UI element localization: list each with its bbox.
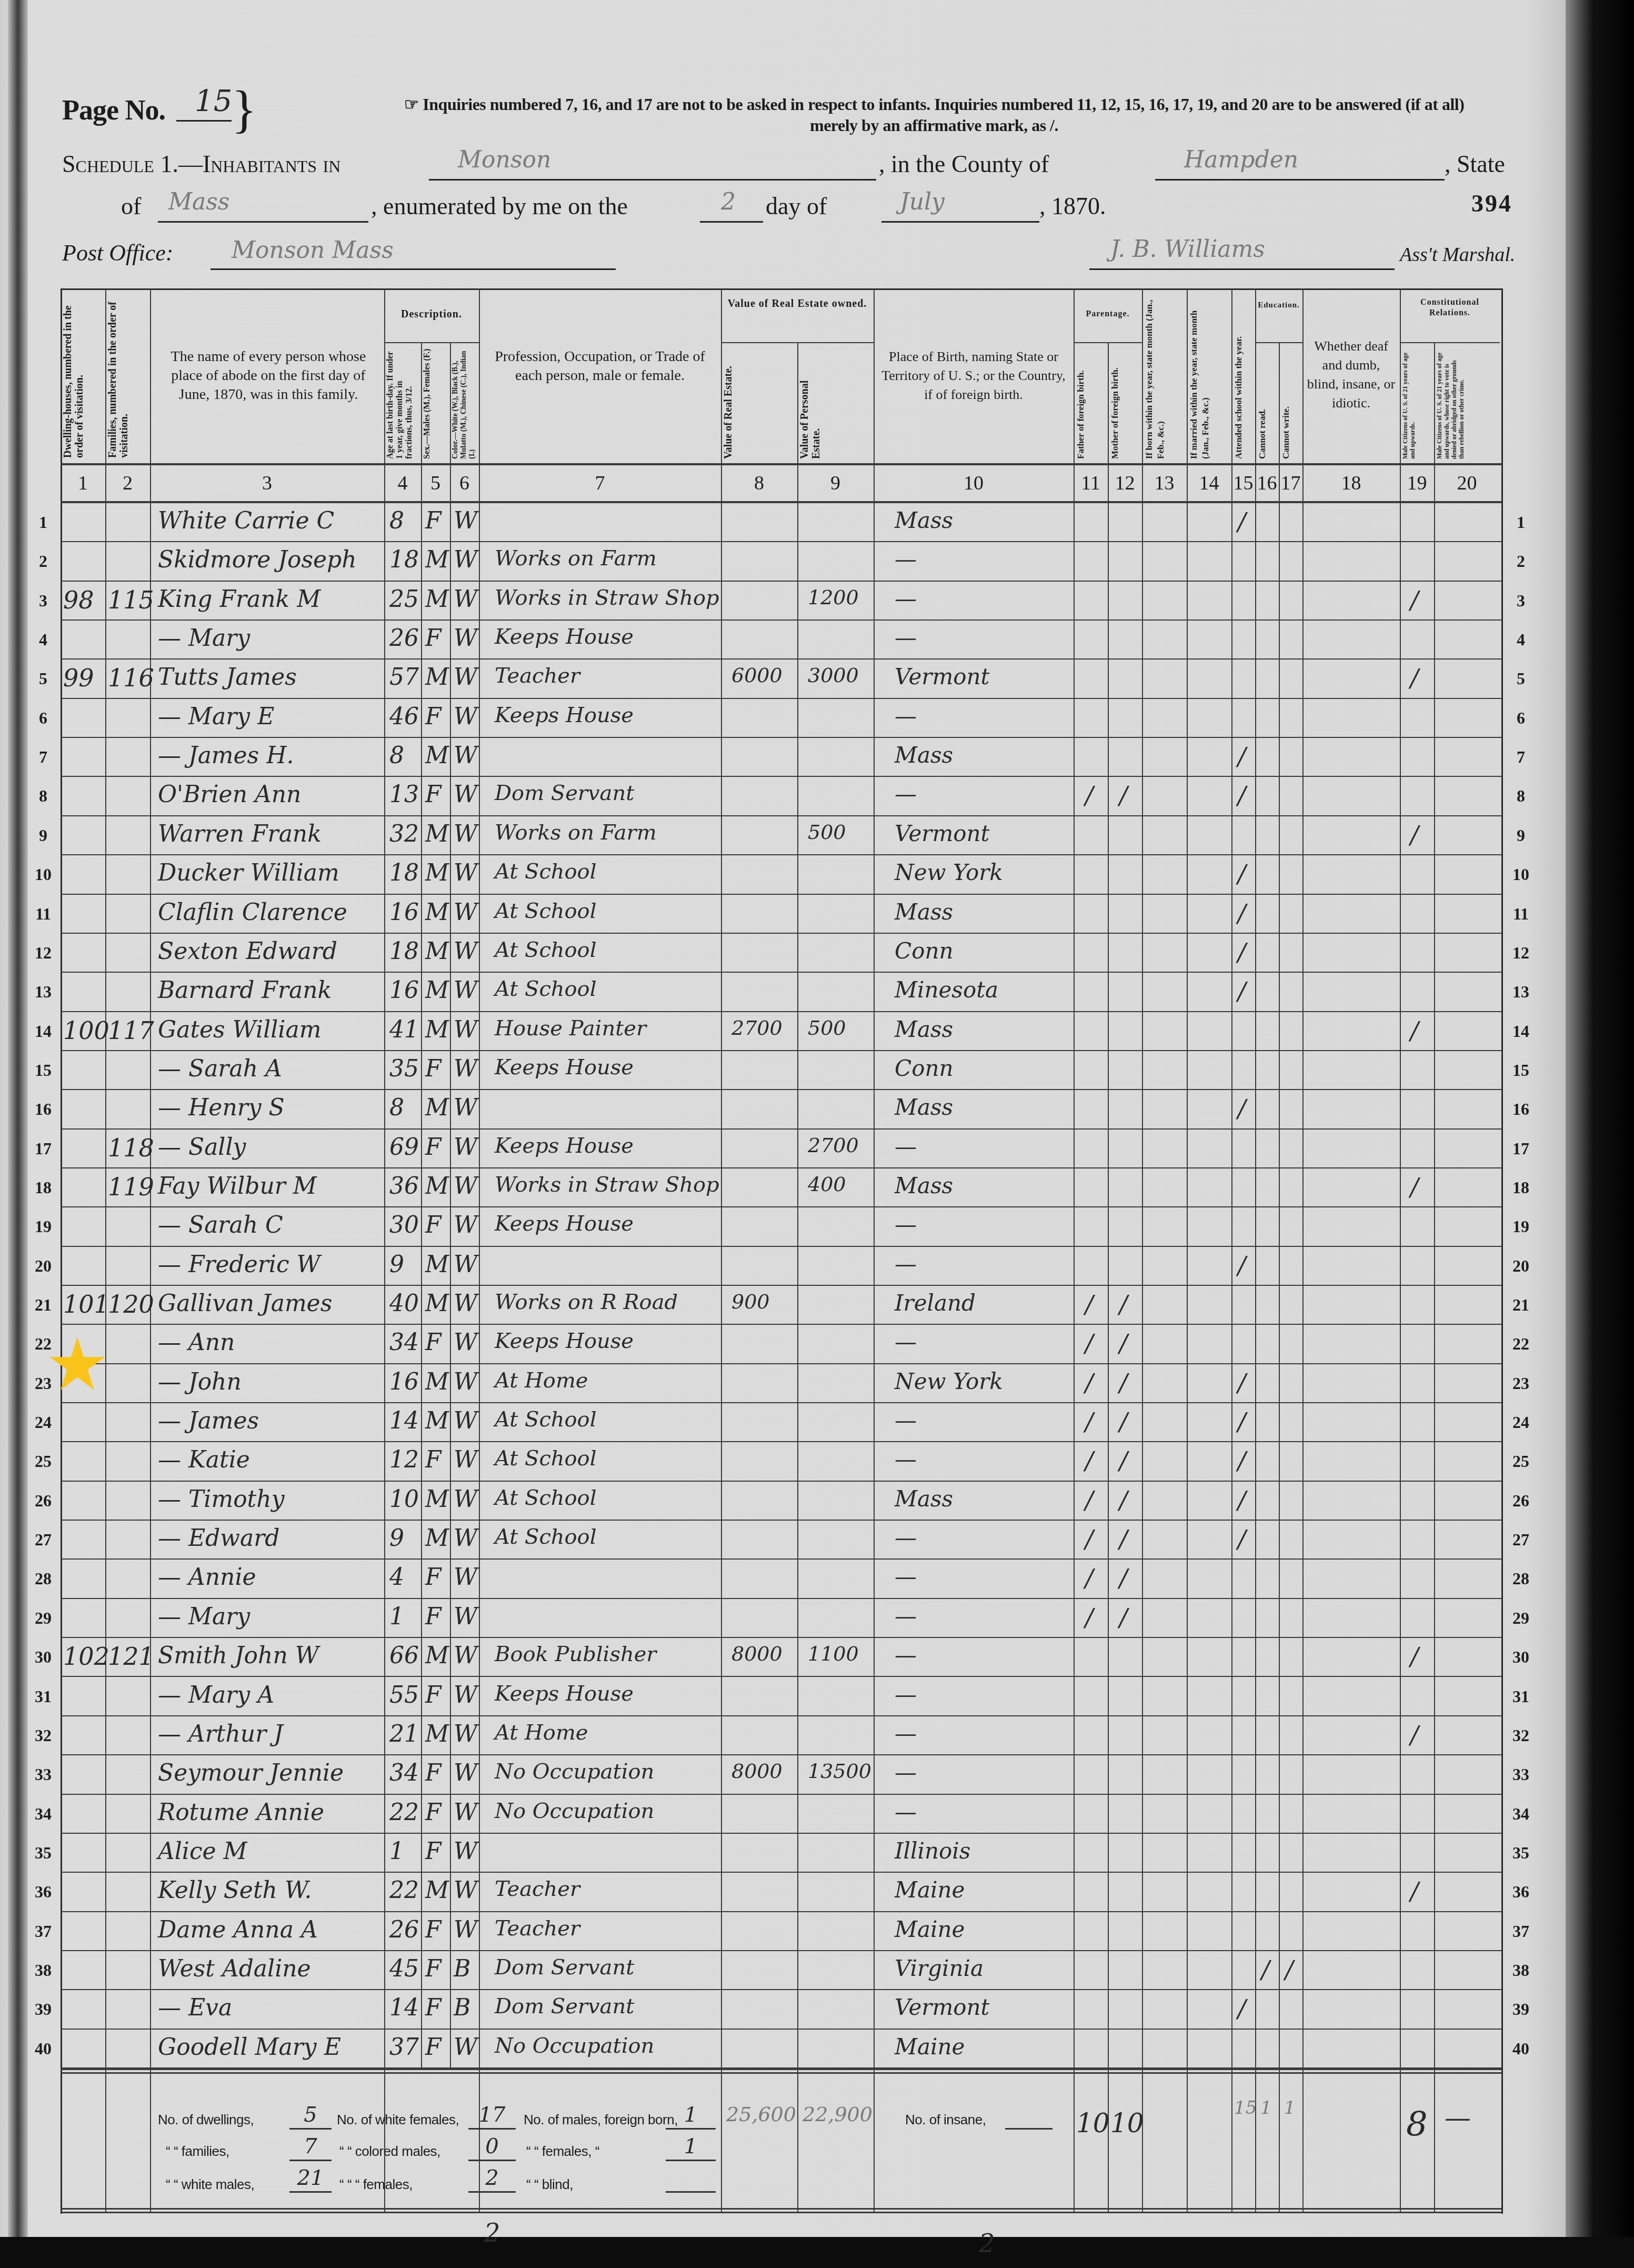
females-foreign-label: “ “ females, “ [526,2143,599,2160]
family-number: 115 [108,586,154,614]
sex: F [425,1994,442,2021]
line-number-right: 5 [1505,669,1537,688]
row-rule [61,1246,1501,1247]
sex: M [425,1407,449,1434]
person-name: Sexton Edward [158,938,337,965]
row-rule [61,1285,1501,1286]
sex: M [425,1251,449,1278]
mother-foreign-mark: / [1119,1564,1128,1592]
females-foreign-value: 1 [666,2134,716,2161]
birthplace: Conn [895,1055,954,1081]
school-mark: / [1238,507,1246,536]
footer-mark-right: 2 [979,2229,995,2259]
age: 8 [389,1094,404,1121]
line-number-right: 17 [1505,1139,1537,1158]
cannot-write-mark: / [1285,1955,1294,1984]
color: W [454,1682,477,1709]
birthplace: Maine [895,2034,965,2060]
column-number: 8 [721,472,797,495]
blind-label: “ “ blind, [526,2176,573,2193]
line-number-left: 28 [27,1569,59,1588]
row-rule [61,581,1501,582]
birthplace: — [895,1212,917,1237]
occupation: At School [495,899,597,923]
line-number-right: 30 [1505,1647,1537,1667]
color: W [454,1486,477,1513]
occupation: Dom Servant [495,1994,634,2019]
occupation: At School [495,977,597,1001]
page-number-label: Page No. [62,94,165,126]
person-name: Gates William [158,1016,321,1043]
birthplace: Vermont [895,1994,989,2020]
mother-foreign-mark: / [1119,781,1128,810]
sheet-number: 394 [1471,189,1512,217]
occupation: At Home [495,1721,588,1745]
mother-foreign-mark: / [1119,1407,1128,1436]
col-2-header: Families, numbered in the order of visit… [107,295,149,458]
line-number-right: 6 [1505,708,1537,728]
row-rule [61,737,1501,738]
colored-females-value: 2 [468,2166,516,2193]
birthplace: — [895,1525,917,1551]
birthplace: — [895,703,917,729]
occupation: Works in Straw Shop [495,586,719,610]
column-number: 4 [384,472,421,495]
white-males-value: 21 [289,2166,332,2193]
line-number-right: 29 [1505,1608,1537,1628]
sex: M [425,586,449,613]
footer-mark-left: 2 [484,2219,500,2248]
color: W [454,625,477,652]
occupation: At School [495,1486,597,1510]
marshal-signature: J. B. Williams [1110,236,1265,263]
person-name: Fay Wilbur M [158,1173,317,1200]
citizens-total: 8 [1406,2105,1428,2144]
header-rule [61,463,1501,465]
person-name: — Mary [158,625,250,652]
birthplace: Maine [895,1916,965,1942]
color: W [454,977,477,1004]
line-number-left: 14 [27,1022,59,1041]
age: 36 [389,1173,419,1200]
blind-value [666,2166,716,2193]
person-name: Barnard Frank [158,977,332,1004]
age: 16 [389,899,419,926]
color: W [454,860,477,886]
color: B [454,1955,470,1982]
constitutional-group-header: Constitutional Relations. [1400,297,1500,318]
row-rule [61,1206,1501,1207]
line-number-left: 13 [27,982,59,1002]
father-foreign-total: 10 [1076,2108,1110,2139]
birthplace: — [895,546,917,572]
family-number: 121 [108,1642,154,1671]
line-number-left: 17 [27,1139,59,1158]
col-divider [1187,288,1188,2212]
age: 34 [389,1760,419,1786]
person-name: — Sally [158,1134,246,1161]
insane-label: No. of insane, [905,2112,986,2128]
col-divider [1108,343,1109,2212]
personal-estate-value: 1100 [808,1642,859,1665]
page-number-underline [176,94,232,122]
col-9-header: Value of Personal Estate. [799,347,873,459]
col-20-header: Male Citizens of U. S. of 21 years of ag… [1436,347,1499,459]
school-mark: / [1238,1994,1246,2023]
age: 9 [389,1525,404,1552]
age: 66 [389,1642,419,1669]
sex: F [425,1760,442,1786]
row-rule [61,1598,1501,1599]
col-18-header: Whether deaf and dumb, blind, insane, or… [1305,337,1397,413]
age: 34 [389,1329,419,1356]
age: 18 [389,546,419,573]
age: 35 [389,1055,419,1082]
line-number-right: 14 [1505,1022,1537,1041]
sex: M [425,1094,449,1121]
line-number-right: 8 [1505,786,1537,806]
row-rule [61,620,1501,621]
row-rule [61,933,1501,934]
col-8-header: Value of Real Estate. [723,347,796,459]
row-rule [61,894,1501,895]
occupation: Keeps House [495,703,634,727]
real-estate-group-header: Value of Real Estate owned. [721,297,874,310]
col-19-header: Male Citizens of U. S. of 21 years of ag… [1401,347,1433,459]
line-number-right: 15 [1505,1061,1537,1080]
column-number: 15 [1231,472,1255,495]
age: 9 [389,1251,404,1278]
line-number-left: 18 [27,1178,59,1197]
person-name: — Mary [158,1603,250,1630]
birthplace: — [895,1251,917,1277]
school-mark: / [1238,977,1246,1005]
age: 14 [389,1994,419,2021]
line-number-right: 4 [1505,630,1537,650]
males-foreign-value: 1 [666,2103,716,2130]
line-number-right: 19 [1505,1217,1537,1236]
birthplace: Illinois [895,1838,970,1864]
instructions-line-1: ☞ Inquiries numbered 7, 16, and 17 are n… [342,94,1526,115]
dwelling-number: 98 [63,586,94,614]
col-divider [1142,288,1143,2212]
age: 21 [389,1721,419,1747]
occupation: House Painter [495,1016,646,1041]
occupation: No Occupation [495,1760,654,1784]
occupation: No Occupation [495,2034,654,2058]
row-rule [61,658,1501,660]
color: W [454,507,477,534]
citizen-mark: / [1410,1642,1419,1671]
color: W [454,1721,477,1747]
real-estate-value: 8000 [731,1642,783,1665]
col-divider [1231,288,1232,2212]
brace-glyph: } [232,79,257,139]
occupation: At Home [495,1368,588,1393]
line-number-right: 37 [1505,1922,1537,1941]
column-number: 12 [1108,472,1142,495]
line-number-right: 39 [1505,2000,1537,2019]
col-13-header: If born within the year, state month (Ja… [1144,295,1186,459]
line-number-right: 38 [1505,1961,1537,1980]
sex: M [425,546,449,573]
col-11-header: Father of foreign birth. [1075,347,1107,459]
line-number-right: 35 [1505,1843,1537,1863]
line-number-left: 26 [27,1491,59,1511]
age: 14 [389,1407,419,1434]
color: W [454,1290,477,1317]
color: W [454,1094,477,1121]
group-rule [1400,342,1500,343]
personal-estate-value: 400 [808,1173,846,1196]
occupation: Keeps House [495,625,634,649]
line-number-right: 36 [1505,1882,1537,1902]
father-foreign-mark: / [1085,1290,1094,1318]
occupation: Dom Servant [495,781,634,805]
age: 1 [389,1838,404,1865]
sex: M [425,1290,449,1317]
insane-value [1005,2103,1052,2130]
personal-estate-value: 2700 [808,1134,859,1157]
star-icon[interactable] [48,1337,106,1392]
sex: F [425,1055,442,1082]
color: W [454,703,477,730]
summary-rule-top-2 [61,2072,1501,2074]
school-mark: / [1238,1407,1246,1436]
col-3-header: The name of every person whose place of … [158,347,379,404]
line-number-right: 27 [1505,1530,1537,1550]
col-divider [105,288,106,2212]
row-rule [61,815,1501,816]
col-10-header: Place of Birth, naming State or Territor… [879,347,1068,404]
line-number-right: 21 [1505,1295,1537,1315]
row-rule [61,1637,1501,1638]
sex: M [425,742,449,769]
year-label: , 1870. [1039,192,1106,220]
father-foreign-mark: / [1085,1564,1094,1592]
line-number-left: 30 [27,1647,59,1667]
occupation: Teacher [495,1877,580,1901]
schedule-label: Schedule 1.—Inhabitants in [62,150,340,178]
line-number-right: 32 [1505,1726,1537,1745]
col-divider [1074,288,1075,2212]
post-office-value: Monson Mass [232,237,394,264]
person-name: — Katie [158,1446,250,1473]
line-number-left: 38 [27,1961,59,1980]
occupation: Book Publisher [495,1642,656,1666]
education-group-header: Education. [1255,300,1302,311]
person-name: Dame Anna A [158,1916,318,1943]
personal-estate-total: 22,900 [803,2103,873,2126]
color: W [454,1564,477,1591]
parentage-group-header: Parentage. [1074,308,1142,321]
col-divider [1434,343,1435,2212]
color: W [454,899,477,926]
row-rule [61,1050,1501,1051]
column-number: 13 [1142,472,1187,495]
person-name: — Sarah A [158,1055,282,1082]
col-divider [1279,343,1280,2212]
sex: F [425,703,442,730]
age: 41 [389,1016,419,1043]
father-foreign-mark: / [1085,781,1094,810]
line-number-right: 12 [1505,943,1537,963]
group-rule [1074,342,1142,343]
sex: M [425,977,449,1004]
person-name: — Mary E [158,703,274,730]
line-number-left: 35 [27,1843,59,1863]
birthplace: Mass [895,899,953,925]
state-label: , State [1445,150,1505,178]
row-rule [61,1481,1501,1482]
row-rule [61,1363,1501,1364]
person-name: — Edward [158,1525,279,1552]
col-1-header: Dwelling-houses, numbered in the order o… [62,295,104,458]
mother-foreign-mark: / [1119,1603,1128,1632]
age: 32 [389,821,419,847]
col-divider [1302,288,1304,2212]
row-rule [61,1754,1501,1755]
mother-foreign-mark: / [1119,1329,1128,1357]
males-foreign-label: No. of males, foreign born, [524,2112,678,2128]
families-value: 7 [289,2134,332,2161]
line-number-left: 33 [27,1765,59,1784]
color: W [454,1760,477,1786]
color: W [454,1642,477,1669]
birthplace: Minesota [895,977,998,1003]
column-number: 1 [61,472,105,495]
color: W [454,546,477,573]
color: W [454,1055,477,1082]
birthplace: Mass [895,1094,953,1120]
school-mark: / [1238,1486,1246,1514]
occupation: Works on Farm [495,546,657,571]
real-estate-value: 2700 [731,1016,783,1040]
birthplace: Virginia [895,1955,984,1981]
father-foreign-mark: / [1085,1368,1094,1397]
marshal-label: Ass't Marshal. [1400,243,1515,266]
col-6-header: Color.—White (W.), Black (B.), Mulatto (… [452,347,478,459]
occupation: Dom Servant [495,1955,634,1980]
occupation: At School [495,1525,597,1549]
person-name: — John [158,1368,242,1395]
citizen-mark: / [1410,664,1419,692]
age: 16 [389,1368,419,1395]
age: 25 [389,586,419,613]
column-number: 17 [1279,472,1302,495]
line-number-left: 16 [27,1100,59,1119]
person-name: Seymour Jennie [158,1760,344,1786]
person-name: Tutts James [158,664,297,691]
birthplace: — [895,1642,917,1668]
color: W [454,1838,477,1865]
person-name: Alice M [158,1838,247,1865]
birthplace: Vermont [895,664,989,690]
column-number: 9 [797,472,874,495]
line-number-left: 20 [27,1256,59,1276]
line-number-left: 11 [27,904,59,924]
mother-foreign-mark: / [1119,1525,1128,1553]
father-foreign-mark: / [1085,1486,1094,1514]
col-divider [797,343,798,2212]
group-rule [1255,342,1302,343]
birthplace: — [895,1446,917,1472]
row-rule [61,1324,1501,1325]
line-number-left: 1 [27,513,59,532]
birthplace: — [895,1329,917,1355]
person-name: Claflin Clarence [158,899,347,926]
sex: M [425,1642,449,1669]
col-7-header: Profession, Occupation, or Trade of each… [489,347,710,385]
birthplace: Vermont [895,821,989,846]
instructions: ☞ Inquiries numbered 7, 16, and 17 are n… [342,94,1526,136]
school-mark: / [1238,1446,1246,1475]
day-of-label: day of [766,192,827,220]
color: W [454,1368,477,1395]
occupation: Keeps House [495,1055,634,1080]
row-rule [61,776,1501,777]
person-name: Rotume Annie [158,1799,324,1826]
school-mark: / [1238,1368,1246,1397]
row-rule [61,1715,1501,1716]
dwellings-value: 5 [289,2103,332,2130]
sex: F [425,1134,442,1161]
person-name: O'Brien Ann [158,781,301,808]
personal-estate-value: 1200 [808,586,859,609]
col-divider [721,288,722,2212]
age: 18 [389,860,419,886]
line-number-left: 9 [27,826,59,845]
line-number-left: 25 [27,1452,59,1471]
line-number-right: 24 [1505,1413,1537,1432]
sex: F [425,1603,442,1630]
person-name: White Carrie C [158,507,334,534]
age: 55 [389,1682,419,1709]
sex: M [425,664,449,691]
occupation: At School [495,1446,597,1471]
sex: F [425,1329,442,1356]
line-number-right: 13 [1505,982,1537,1002]
father-foreign-mark: / [1085,1603,1094,1632]
line-number-left: 31 [27,1687,59,1706]
colnum-rule [61,501,1501,503]
color: W [454,821,477,847]
col-14-header: If married within the year, state month … [1188,295,1230,459]
person-name: — Sarah C [158,1212,283,1238]
color: B [454,1994,470,2021]
family-number: 119 [108,1173,154,1201]
line-number-right: 3 [1505,591,1537,611]
row-rule [61,1794,1501,1795]
line-number-right: 16 [1505,1100,1537,1119]
row-rule [61,1402,1501,1403]
age: 10 [389,1486,419,1513]
binding-shadow [8,0,28,2268]
color: W [454,664,477,691]
person-name: — Arthur J [158,1721,283,1747]
line-number-left: 7 [27,747,59,767]
row-rule [61,1128,1501,1130]
col-divider [150,288,151,2212]
line-number-left: 2 [27,552,59,571]
col-4-header: Age at last birth-day. If under 1 year, … [386,347,420,459]
birthplace: — [895,1799,917,1825]
birthplace: — [895,1603,917,1629]
color: W [454,1212,477,1238]
line-number-left: 4 [27,630,59,650]
col-12-header: Mother of foreign birth. [1109,347,1141,459]
families-label: “ “ families, [166,2143,229,2160]
